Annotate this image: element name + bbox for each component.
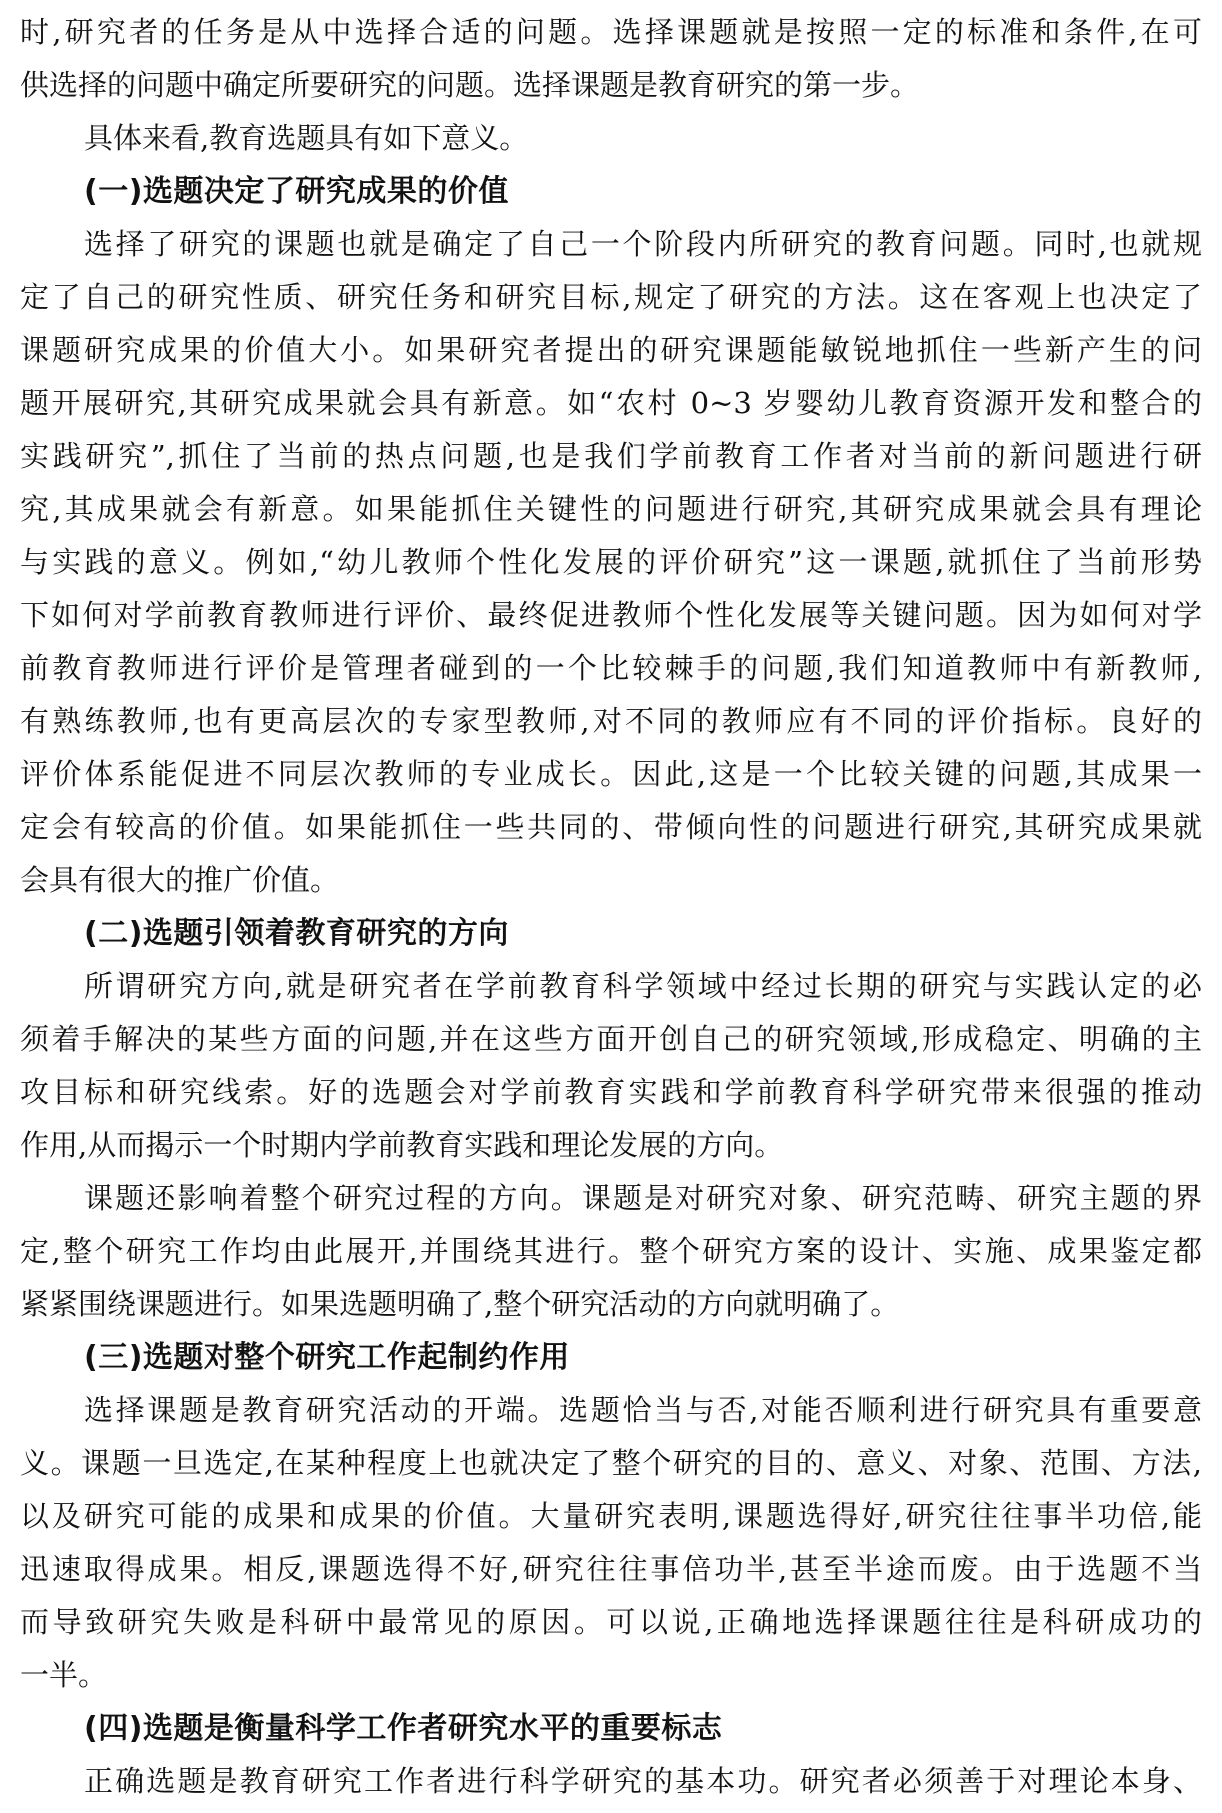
text-line: 所谓研究方向,就是研究者在学前教育科学领域中经过长期的研究与实践认定的必 bbox=[20, 960, 1202, 1013]
section-heading: (四)选题是衡量科学工作者研究水平的重要标志 bbox=[20, 1702, 1202, 1755]
section-heading: (二)选题引领着教育研究的方向 bbox=[20, 907, 1202, 960]
text-line: 究,其成果就会有新意。如果能抓住关键性的问题进行研究,其研究成果就会具有理论 bbox=[20, 483, 1202, 536]
text-line: 作用,从而揭示一个时期内学前教育实践和理论发展的方向。 bbox=[20, 1119, 1202, 1172]
text-line: 以及研究可能的成果和成果的价值。大量研究表明,课题选得好,研究往往事半功倍,能 bbox=[20, 1490, 1202, 1543]
section-heading: (一)选题决定了研究成果的价值 bbox=[20, 165, 1202, 218]
section-heading: (三)选题对整个研究工作起制约作用 bbox=[20, 1331, 1202, 1384]
text-line: 下如何对学前教育教师进行评价、最终促进教师个性化发展等关键问题。因为如何对学 bbox=[20, 589, 1202, 642]
text-line: 实践研究”,抓住了当前的热点问题,也是我们学前教育工作者对当前的新问题进行研 bbox=[20, 430, 1202, 483]
text-line: 有熟练教师,也有更高层次的专家型教师,对不同的教师应有不同的评价指标。良好的 bbox=[20, 695, 1202, 748]
text-line: 紧紧围绕课题进行。如果选题明确了,整个研究活动的方向就明确了。 bbox=[20, 1278, 1202, 1331]
text-line: 前教育教师进行评价是管理者碰到的一个比较棘手的问题,我们知道教师中有新教师, bbox=[20, 642, 1202, 695]
text-line: 定了自己的研究性质、研究任务和研究目标,规定了研究的方法。这在客观上也决定了 bbox=[20, 271, 1202, 324]
text-line: 一半。 bbox=[20, 1649, 1202, 1702]
text-line: 正确选题是教育研究工作者进行科学研究的基本功。研究者必须善于对理论本身、 bbox=[20, 1755, 1202, 1808]
text-line: 供选择的问题中确定所要研究的问题。选择课题是教育研究的第一步。 bbox=[20, 59, 1202, 112]
text-line: 课题研究成果的价值大小。如果研究者提出的研究课题能敏锐地抓住一些新产生的问 bbox=[20, 324, 1202, 377]
text-line: 与实践的意义。例如,“幼儿教师个性化发展的评价研究”这一课题,就抓住了当前形势 bbox=[20, 536, 1202, 589]
text-line: 课题还影响着整个研究过程的方向。课题是对研究对象、研究范畴、研究主题的界 bbox=[20, 1172, 1202, 1225]
text-line: 具体来看,教育选题具有如下意义。 bbox=[20, 112, 1202, 165]
text-line: 题开展研究,其研究成果就会具有新意。如“农村 0~3 岁婴幼儿教育资源开发和整合… bbox=[20, 377, 1202, 430]
book-page: 时,研究者的任务是从中选择合适的问题。选择课题就是按照一定的标准和条件,在可供选… bbox=[0, 0, 1222, 1813]
text-line: 义。课题一旦选定,在某种程度上也就决定了整个研究的目的、意义、对象、范围、方法, bbox=[20, 1437, 1202, 1490]
text-line: 会具有很大的推广价值。 bbox=[20, 854, 1202, 907]
text-line: 攻目标和研究线索。好的选题会对学前教育实践和学前教育科学研究带来很强的推动 bbox=[20, 1066, 1202, 1119]
text-line: 评价体系能促进不同层次教师的专业成长。因此,这是一个比较关键的问题,其成果一 bbox=[20, 748, 1202, 801]
text-line: 迅速取得成果。相反,课题选得不好,研究往往事倍功半,甚至半途而废。由于选题不当 bbox=[20, 1543, 1202, 1596]
text-line: 定会有较高的价值。如果能抓住一些共同的、带倾向性的问题进行研究,其研究成果就 bbox=[20, 801, 1202, 854]
document-body: 时,研究者的任务是从中选择合适的问题。选择课题就是按照一定的标准和条件,在可供选… bbox=[20, 6, 1202, 1808]
text-line: 选择了研究的课题也就是确定了自己一个阶段内所研究的教育问题。同时,也就规 bbox=[20, 218, 1202, 271]
text-line: 选择课题是教育研究活动的开端。选题恰当与否,对能否顺利进行研究具有重要意 bbox=[20, 1384, 1202, 1437]
text-line: 而导致研究失败是科研中最常见的原因。可以说,正确地选择课题往往是科研成功的 bbox=[20, 1596, 1202, 1649]
text-line: 定,整个研究工作均由此展开,并围绕其进行。整个研究方案的设计、实施、成果鉴定都 bbox=[20, 1225, 1202, 1278]
text-line: 须着手解决的某些方面的问题,并在这些方面开创自己的研究领域,形成稳定、明确的主 bbox=[20, 1013, 1202, 1066]
text-line: 时,研究者的任务是从中选择合适的问题。选择课题就是按照一定的标准和条件,在可 bbox=[20, 6, 1202, 59]
